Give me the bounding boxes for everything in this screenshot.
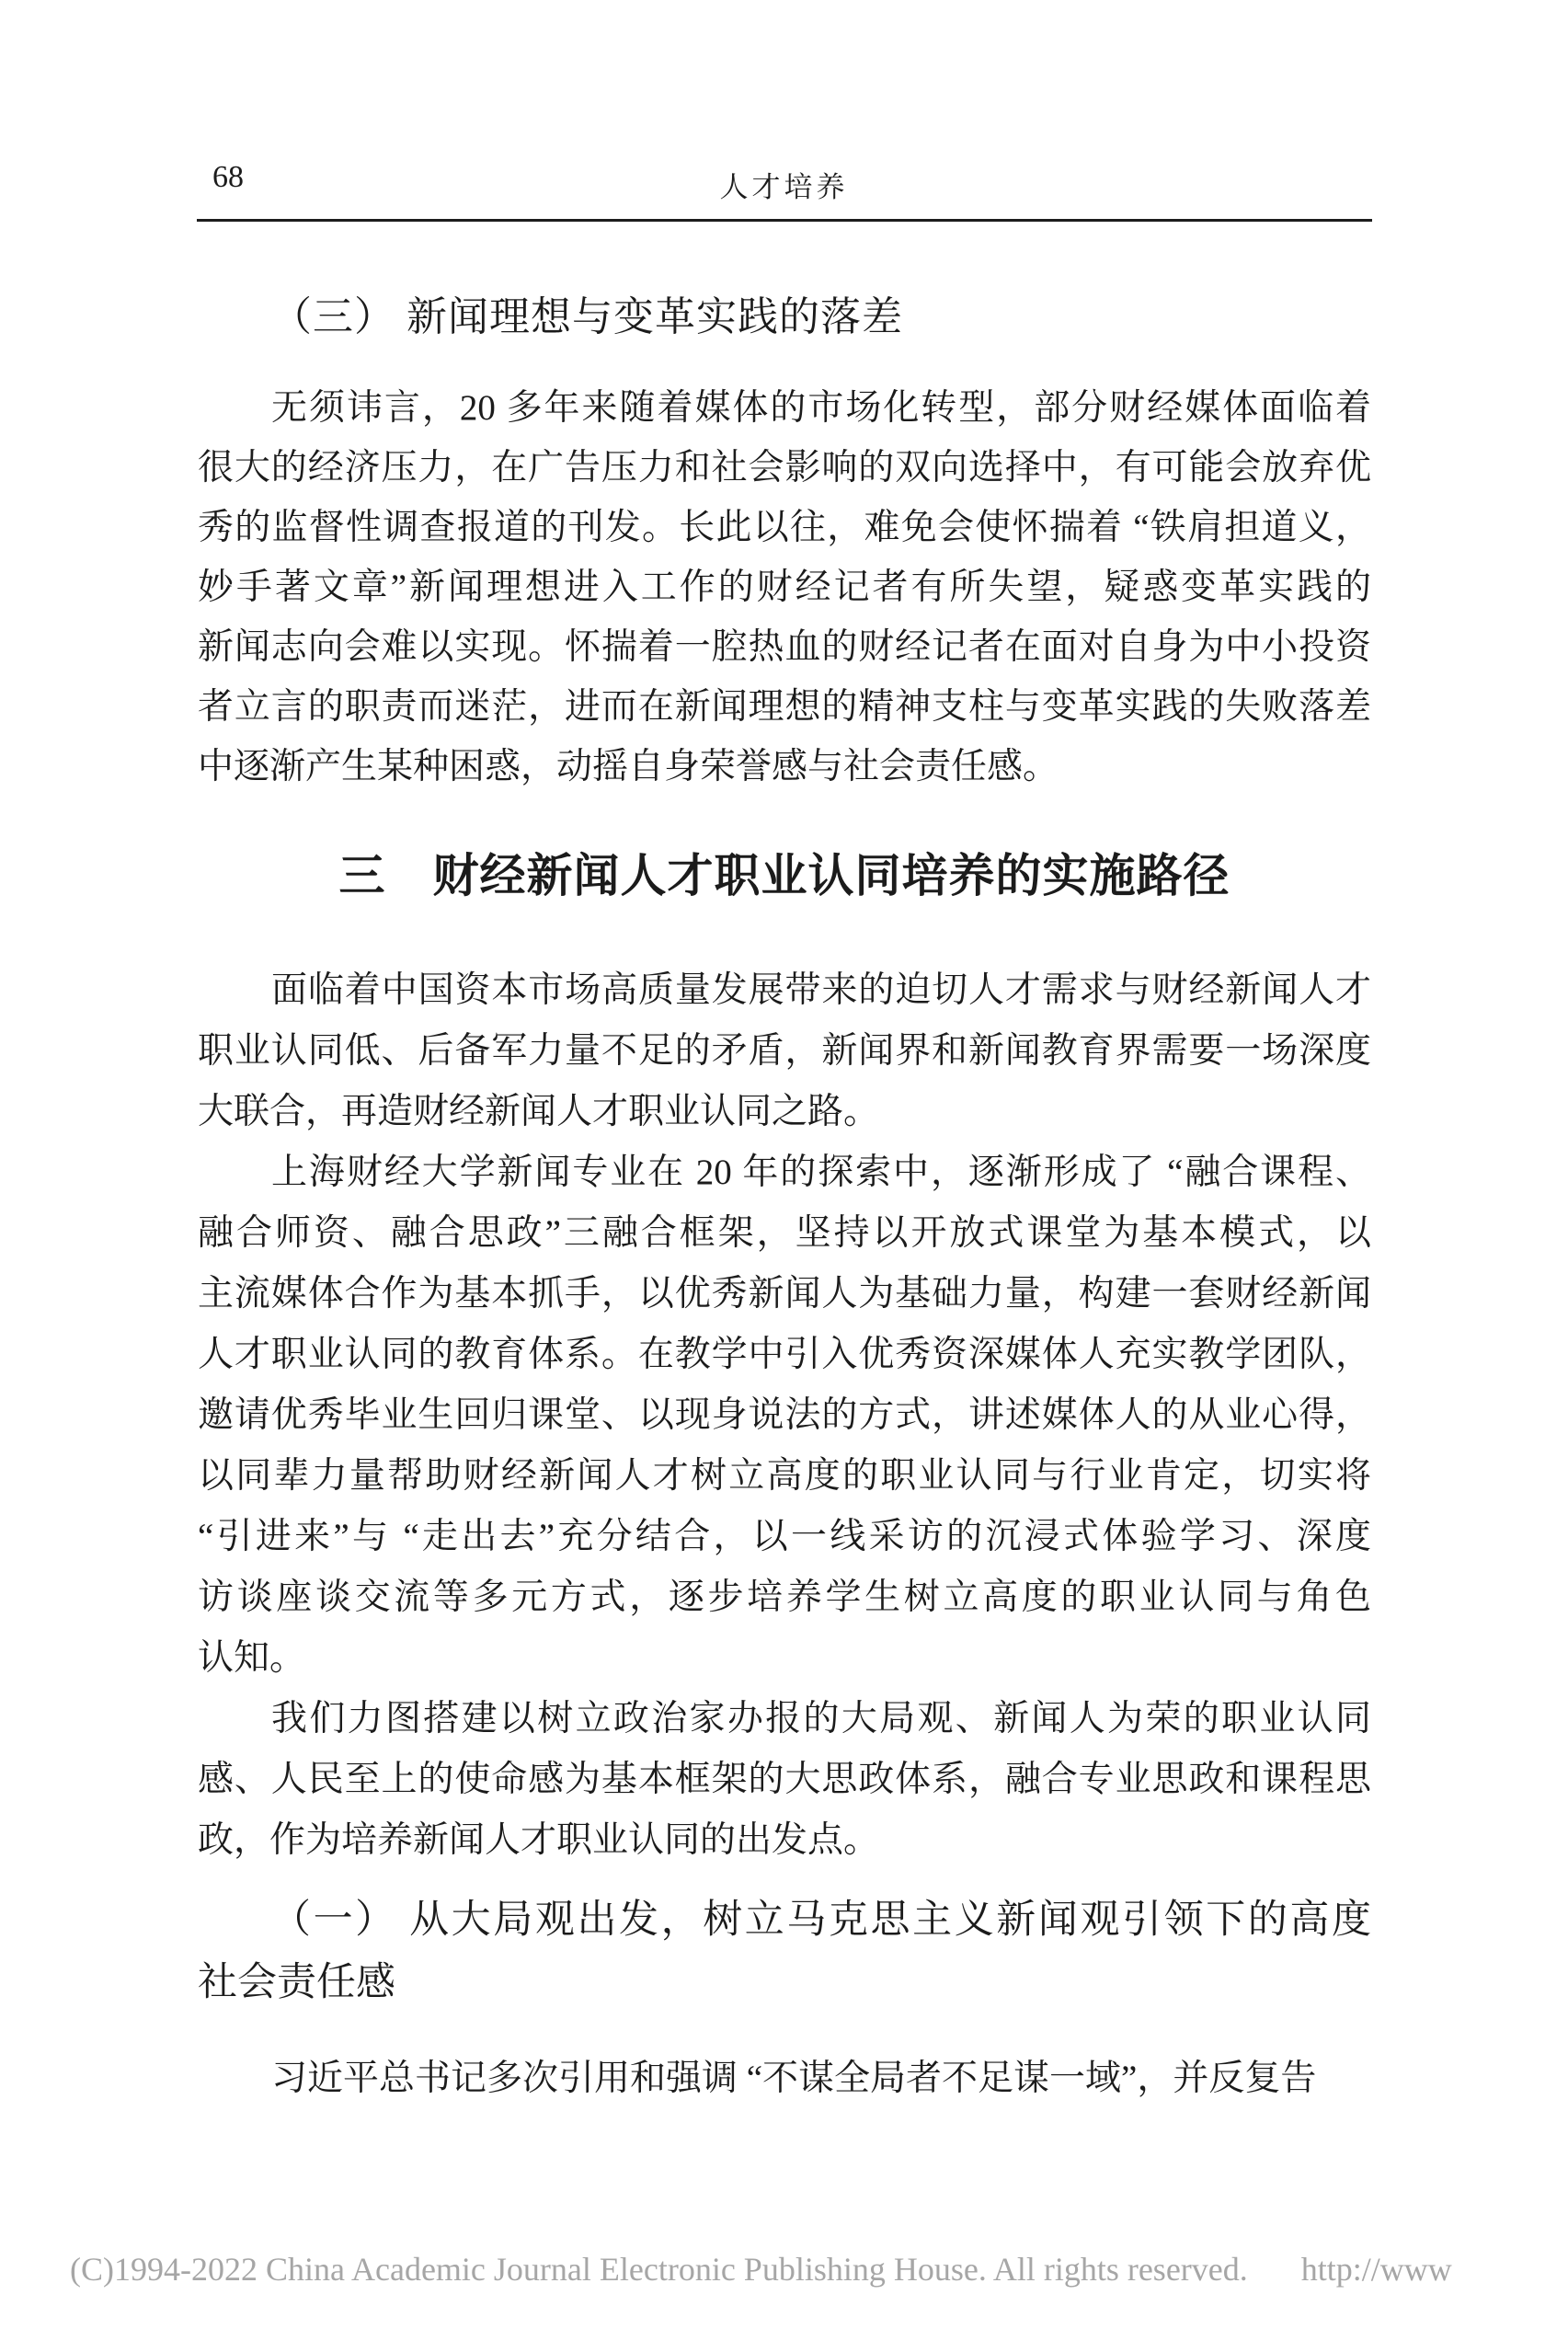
text-line: 社会责任感 [198, 1952, 1371, 2014]
subsection-heading-3: （三） 新闻理想与变革实践的落差 [198, 283, 1371, 342]
text-line: “引进来”与 “走出去”充分结合，以一线采访的沉浸式体验学习、深度 [198, 1507, 1371, 1567]
text-line: 人才职业认同的教育体系。在教学中引入优秀资深媒体人充实教学团队， [198, 1325, 1371, 1385]
running-title: 人才培养 [0, 164, 1568, 205]
paragraph-1: 无须讳言，20 多年来随着媒体的市场化转型，部分财经媒体面临着很大的经济压力，在… [198, 378, 1371, 797]
text-line: 习近平总书记多次引用和强调 “不谋全局者不足谋一域”，并反复告 [198, 2048, 1371, 2108]
subsection-heading-1: （一） 从大局观出发，树立马克思主义新闻观引领下的高度社会责任感 [198, 1889, 1371, 2014]
text-line: 上海财经大学新闻专业在 20 年的探索中，逐渐形成了 “融合课程、 [198, 1142, 1371, 1203]
text-line: 主流媒体合作为基本抓手，以优秀新闻人为基础力量，构建一套财经新闻 [198, 1264, 1371, 1325]
paragraph-5: 习近平总书记多次引用和强调 “不谋全局者不足谋一域”，并反复告 [198, 2048, 1371, 2108]
text-line: 妙手著文章”新闻理想进入工作的财经记者有所失望，疑惑变革实践的 [198, 557, 1371, 617]
text-line: 者立言的职责而迷茫，进而在新闻理想的精神支柱与变革实践的失败落差 [198, 677, 1371, 737]
header-rule [197, 219, 1372, 222]
text-line: 邀请优秀毕业生回归课堂、以现身说法的方式，讲述媒体人的从业心得， [198, 1385, 1371, 1446]
text-line: 新闻志向会难以实现。怀揣着一腔热血的财经记者在面对自身为中小投资 [198, 617, 1371, 677]
text-line: 很大的经济压力，在广告压力和社会影响的双向选择中，有可能会放弃优 [198, 438, 1371, 498]
copyright-text: (C)1994-2022 China Academic Journal Elec… [70, 2251, 1248, 2288]
text-line: 面临着中国资本市场高质量发展带来的迫切人才需求与财经新闻人才 [198, 960, 1371, 1021]
text-line: 感、人民至上的使命感为基本框架的大思政体系，融合专业思政和课程思 [198, 1750, 1371, 1810]
text-line: 职业认同低、后备军力量不足的矛盾，新闻界和新闻教育界需要一场深度 [198, 1021, 1371, 1082]
paragraph-2: 面临着中国资本市场高质量发展带来的迫切人才需求与财经新闻人才职业认同低、后备军力… [198, 960, 1371, 1142]
paragraph-3: 上海财经大学新闻专业在 20 年的探索中，逐渐形成了 “融合课程、融合师资、融合… [198, 1142, 1371, 1689]
text-line: 大联合，再造财经新闻人才职业认同之路。 [198, 1082, 1371, 1142]
body-text-block: 面临着中国资本市场高质量发展带来的迫切人才需求与财经新闻人才职业认同低、后备军力… [198, 960, 1371, 1871]
footer-url: http://www [1301, 2251, 1452, 2288]
section-heading: 三 财经新闻人才职业认同培养的实施路径 [198, 839, 1371, 905]
text-line: 秀的监督性调查报道的刊发。长此以往，难免会使怀揣着 “铁肩担道义， [198, 498, 1371, 557]
text-line: 认知。 [198, 1628, 1371, 1689]
text-line: 无须讳言，20 多年来随着媒体的市场化转型，部分财经媒体面临着 [198, 378, 1371, 438]
text-line: 我们力图搭建以树立政治家办报的大局观、新闻人为荣的职业认同 [198, 1689, 1371, 1750]
text-line: （一） 从大局观出发，树立马克思主义新闻观引领下的高度 [198, 1889, 1371, 1952]
text-line: 以同辈力量帮助财经新闻人才树立高度的职业认同与行业肯定，切实将 [198, 1446, 1371, 1507]
page-footer: (C)1994-2022 China Academic Journal Elec… [70, 2250, 1568, 2289]
text-line: 中逐渐产生某种困惑，动摇自身荣誉感与社会责任感。 [198, 737, 1371, 797]
document-page: 68 人才培养 （三） 新闻理想与变革实践的落差 无须讳言，20 多年来随着媒体… [0, 0, 1568, 2352]
text-line: 政，作为培养新闻人才职业认同的出发点。 [198, 1810, 1371, 1871]
text-line: 访谈座谈交流等多元方式，逐步培养学生树立高度的职业认同与角色 [198, 1567, 1371, 1628]
text-line: 融合师资、融合思政”三融合框架，坚持以开放式课堂为基本模式，以 [198, 1203, 1371, 1264]
paragraph-4: 我们力图搭建以树立政治家办报的大局观、新闻人为荣的职业认同感、人民至上的使命感为… [198, 1689, 1371, 1871]
